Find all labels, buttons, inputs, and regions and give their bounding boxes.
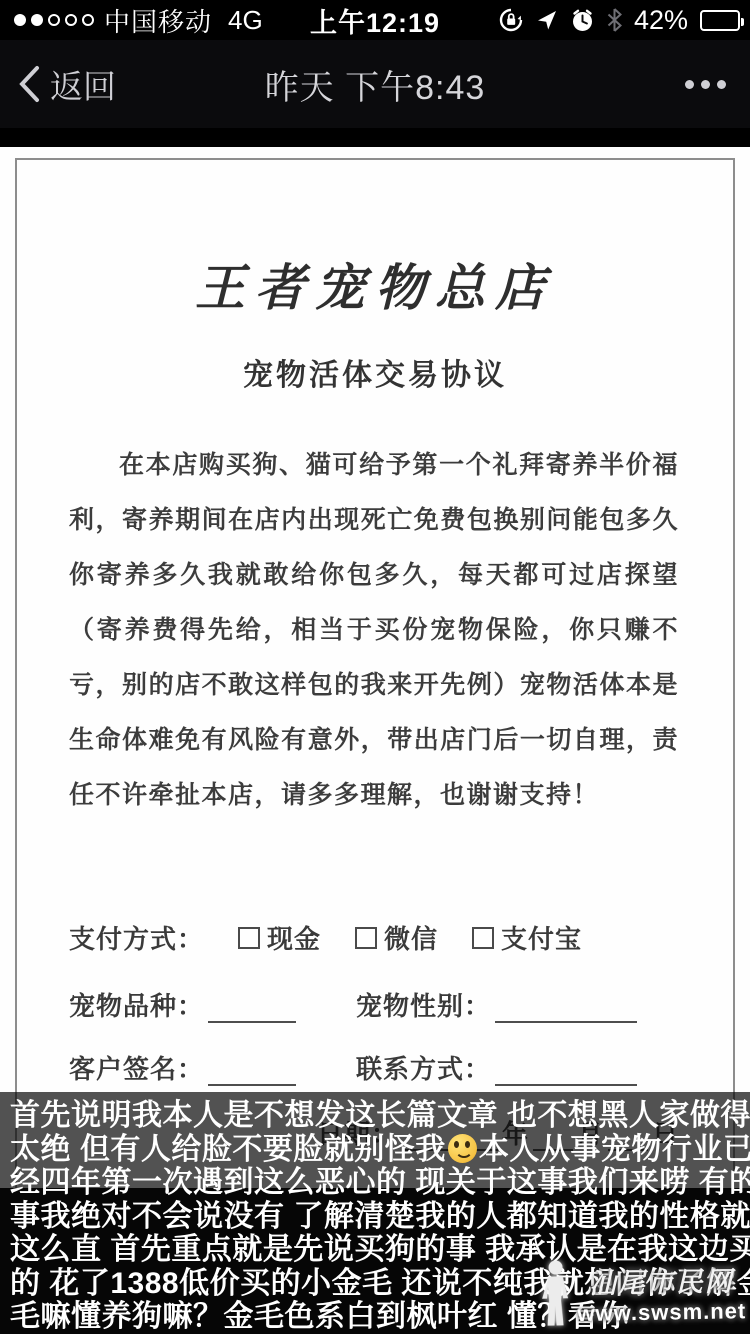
agreement-body-text: 在本店购买狗、猫可给予第一个礼拜寄养半价福利，寄养期间在店内出现死亡免费包换别问… — [69, 438, 679, 823]
alarm-clock-icon — [570, 8, 595, 33]
contact-blank-line — [495, 1062, 637, 1086]
caption-line-2a: 太绝 但有人给脸不要脸就别怪我 — [10, 1133, 446, 1166]
breed-blank-line — [208, 999, 296, 1023]
payment-label: 支付方式： — [69, 919, 204, 956]
caption-line: 事我绝对不会说没有 了解清楚我的人都知道我的性格就 — [10, 1200, 750, 1234]
wechat-smile-emoji — [448, 1134, 477, 1163]
contract-paper: 王者宠物总店 宠物活体交易协议 在本店购买狗、猫可给予第一个礼拜寄养半价福利，寄… — [15, 158, 735, 1188]
caption-line: 的 花了1388低价买的小金毛 还说不纯我就想问你了解金 — [10, 1267, 750, 1301]
nav-bar: 返回 昨天 下午8:43 — [0, 40, 750, 128]
signature-blank-line — [208, 1062, 296, 1086]
caption-line-2b: 本人从事宠物行业已 — [479, 1133, 750, 1166]
payment-option-alipay-label: 支付宝 — [501, 919, 582, 956]
payment-method-row: 支付方式： 现金 微信 支付宝 — [69, 919, 679, 956]
caption-line: 首先说明我本人是不想发这长篇文章 也不想黑人家做得 — [10, 1099, 750, 1133]
caption-line: 这么直 首先重点就是先说买狗的事 我承认是在我这边买 — [10, 1233, 750, 1267]
status-right: 42% — [498, 0, 740, 40]
store-name-title: 王者宠物总店 — [17, 248, 733, 320]
caption-line: 经四年第一次遇到这么恶心的 现关于这事我们来唠 有的 — [10, 1166, 750, 1200]
caption-line: 太绝 但有人给脸不要脸就别怪我本人从事宠物行业已 — [10, 1133, 750, 1167]
breed-gender-row: 宠物品种： 宠物性别： — [69, 986, 679, 1023]
breed-label: 宠物品种： — [69, 986, 204, 1023]
orientation-lock-icon — [498, 7, 524, 33]
signature-contact-row: 客户签名： 联系方式： — [69, 1049, 679, 1086]
payment-option-cash: 现金 — [238, 919, 321, 956]
checkbox-wechat-icon — [355, 927, 377, 949]
payment-option-alipay: 支付宝 — [472, 919, 582, 956]
checkbox-alipay-icon — [472, 927, 494, 949]
battery-percent-label: 42% — [634, 5, 688, 36]
gender-blank-line — [495, 999, 637, 1023]
contact-label: 联系方式： — [356, 1049, 491, 1086]
caption-line: 毛嘛懂养狗嘛？金毛色系白到枫叶红 懂？看你 — [10, 1300, 750, 1334]
gender-label: 宠物性别： — [356, 986, 491, 1023]
bluetooth-icon — [607, 8, 622, 32]
payment-option-cash-label: 现金 — [267, 919, 321, 956]
payment-option-wechat: 微信 — [355, 919, 438, 956]
more-options-button[interactable] — [685, 80, 726, 89]
battery-icon — [700, 10, 740, 31]
phone-screen: 中国移动 4G 上午12:19 — [0, 0, 750, 1334]
signature-label: 客户签名： — [69, 1049, 204, 1086]
payment-option-wechat-label: 微信 — [384, 919, 438, 956]
checkbox-cash-icon — [238, 927, 260, 949]
location-arrow-icon — [536, 9, 558, 31]
chevron-left-icon — [18, 65, 40, 103]
back-button[interactable]: 返回 — [18, 61, 116, 108]
caption-overlay: 首先说明我本人是不想发这长篇文章 也不想黑人家做得 太绝 但有人给脸不要脸就别怪… — [0, 1092, 750, 1334]
back-label: 返回 — [50, 61, 116, 108]
status-bar: 中国移动 4G 上午12:19 — [0, 0, 750, 40]
agreement-title: 宠物活体交易协议 — [17, 350, 733, 394]
contract-photo[interactable]: 王者宠物总店 宠物活体交易协议 在本店购买狗、猫可给予第一个礼拜寄养半价福利，寄… — [0, 147, 750, 1188]
